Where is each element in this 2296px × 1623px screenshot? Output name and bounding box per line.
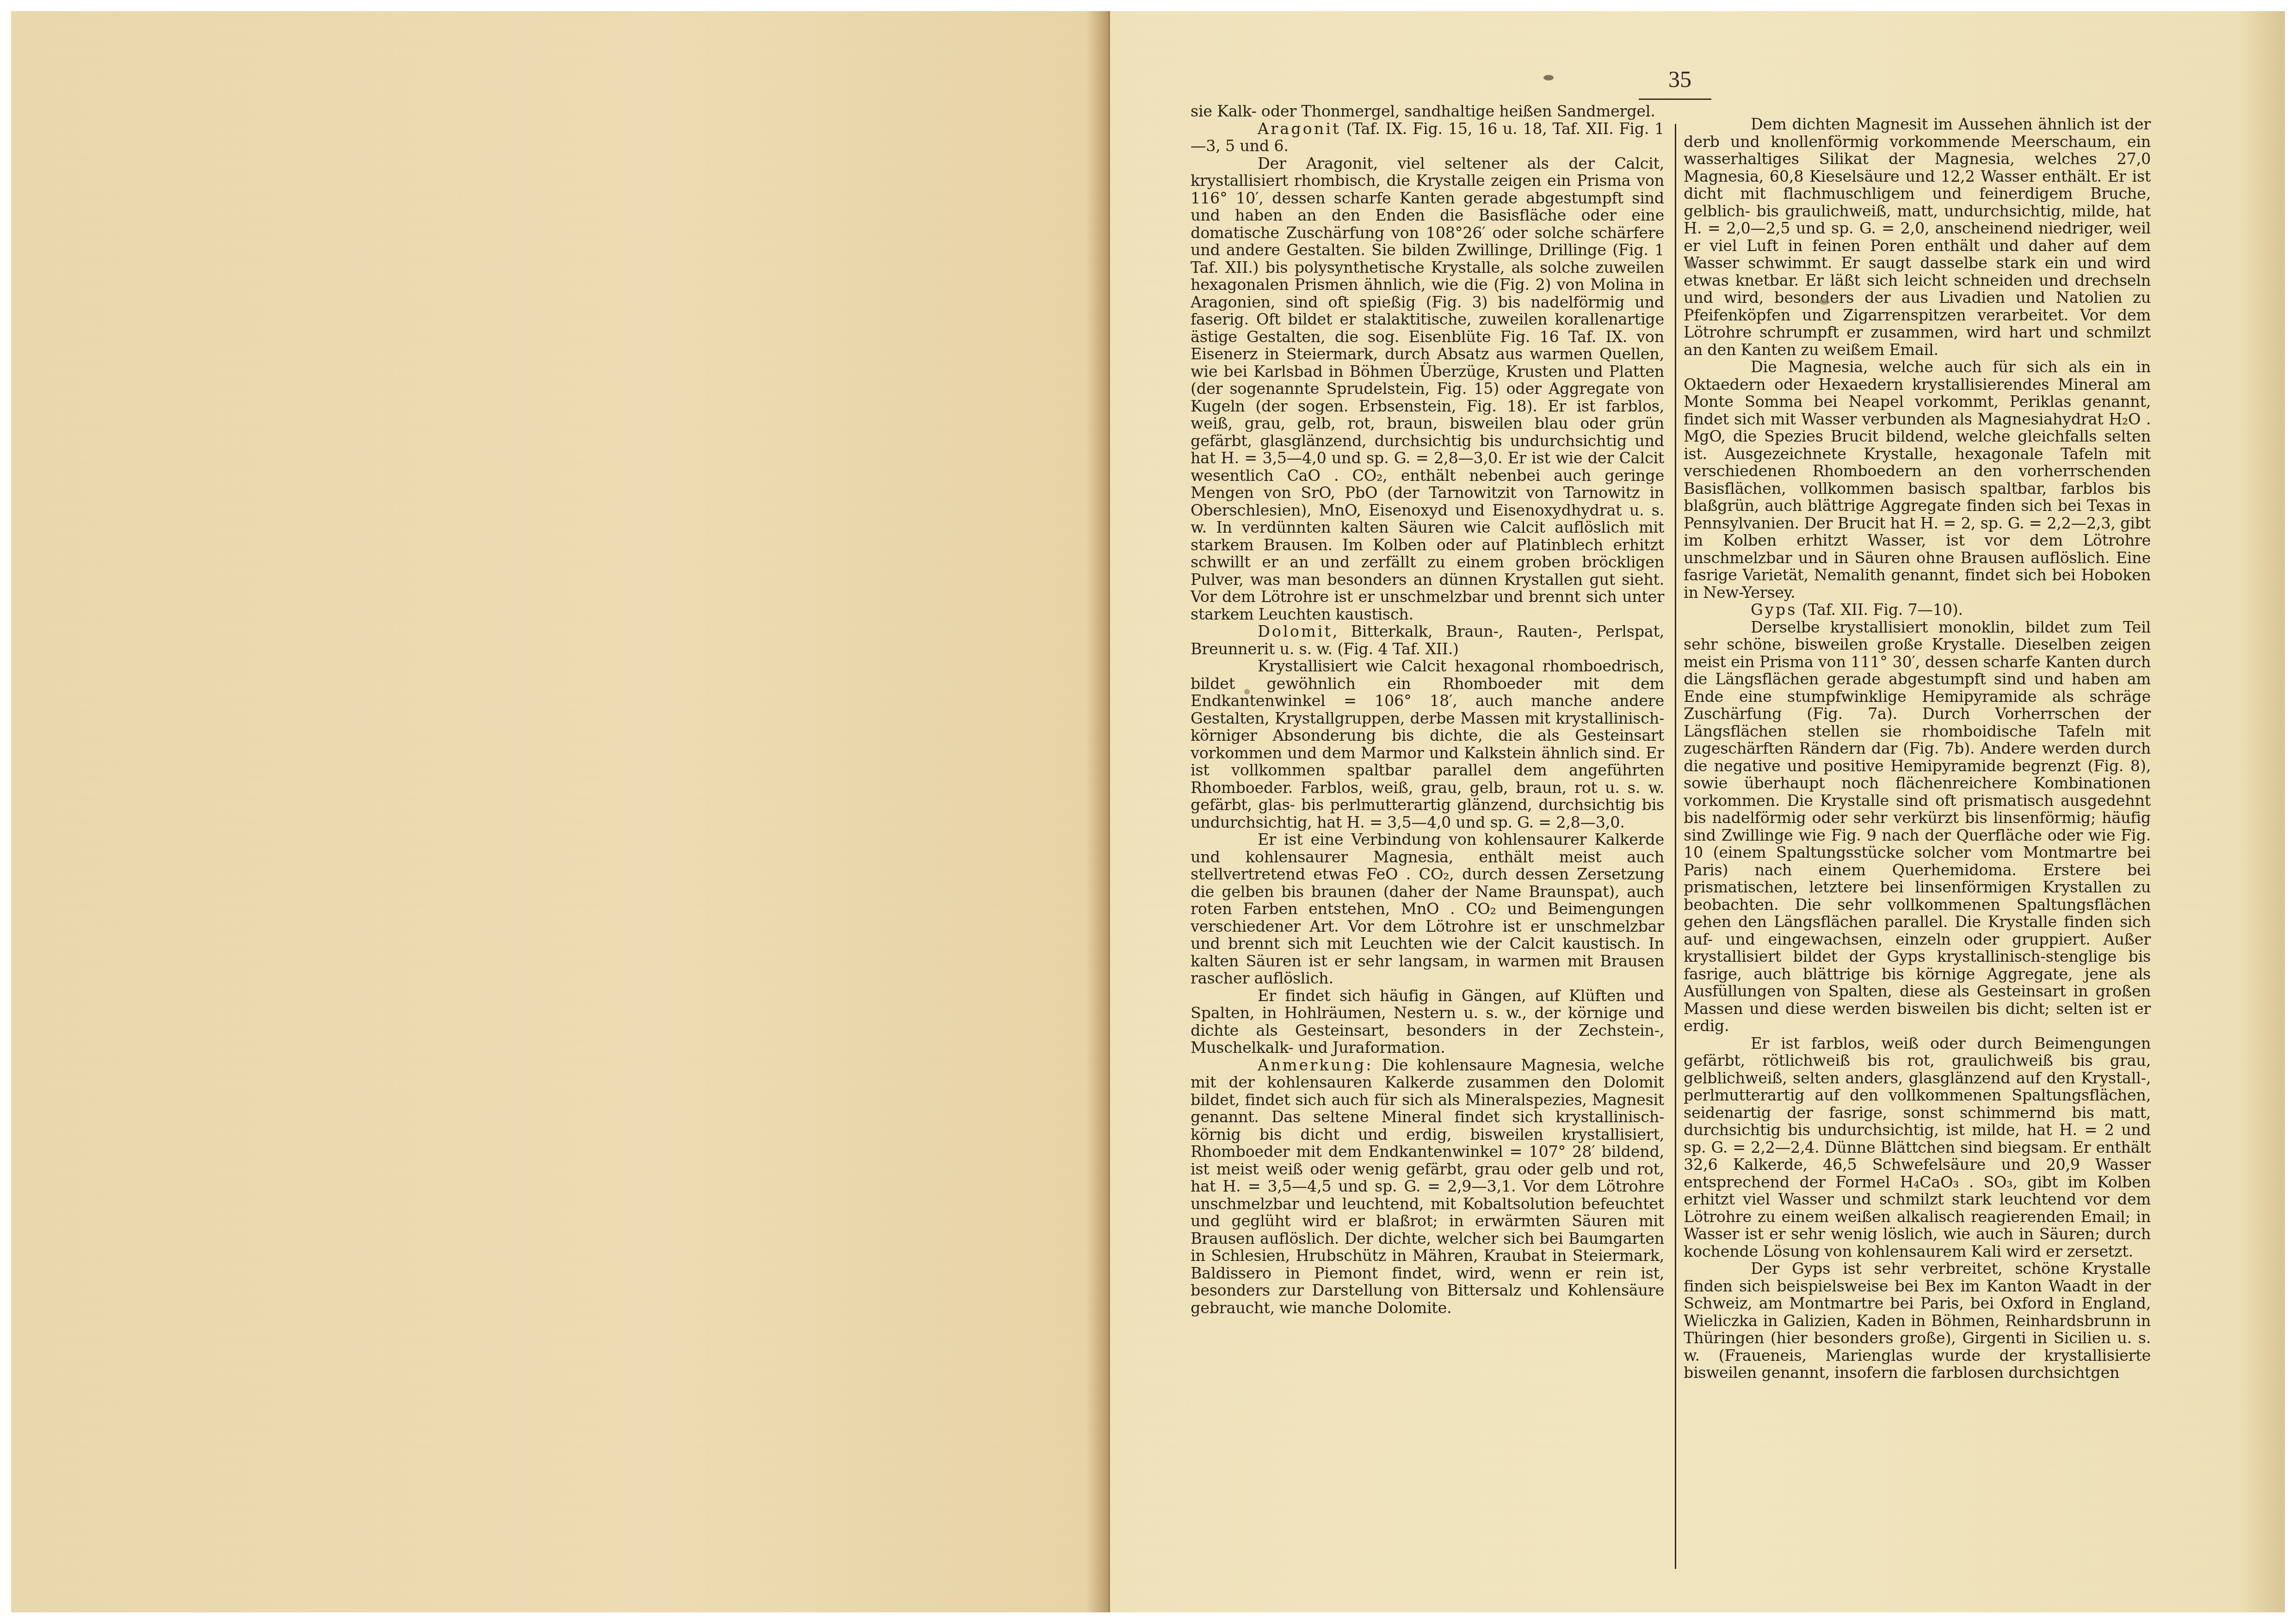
note-text: Die kohlensaure Magnesia, welche mit der…: [1191, 1056, 1664, 1317]
continuation-paragraph: sie Kalk- oder Thonmergel, sandhaltige h…: [1191, 103, 1664, 120]
body-paragraph: Der Gyps ist sehr verbreitet, schöne Kry…: [1684, 1260, 2151, 1382]
paper-blemish: [1244, 689, 1250, 695]
mineral-name: Aragonit: [1258, 120, 1341, 138]
text-column-left: sie Kalk- oder Thonmergel, sandhaltige h…: [1191, 103, 1664, 1316]
body-paragraph: Die Magnesia, welche auch für sich als e…: [1684, 358, 2151, 601]
body-paragraph: Krystallisiert wie Calcit hexagonal rhom…: [1191, 658, 1664, 831]
figure-reference: (Taf. XII. Fig. 7—10).: [1802, 601, 1963, 619]
mineral-name: Gyps: [1751, 601, 1797, 619]
paper-blemish: [1819, 298, 1829, 305]
column-divider: [1675, 124, 1676, 1569]
page-number: 35: [1648, 66, 1712, 92]
body-paragraph: Der Aragonit, viel seltener als der Calc…: [1191, 155, 1664, 623]
text-column-right: Dem dichten Magnesit im Aussehen ähnlich…: [1684, 116, 2151, 1382]
header-rule: [1639, 98, 1711, 100]
body-paragraph: Derselbe krystallisiert monoklin, bildet…: [1684, 619, 2151, 1035]
body-paragraph: Er ist farblos, weiß oder durch Beimengu…: [1684, 1035, 2151, 1260]
note-paragraph: Anmerkung: Die kohlensaure Magnesia, wel…: [1191, 1057, 1664, 1317]
ink-smudge: [1543, 75, 1554, 80]
section-heading-dolomit: Dolomit, Bitterkalk, Braun-, Rauten-, Pe…: [1191, 623, 1664, 658]
body-paragraph: Er findet sich häufig in Gängen, auf Klü…: [1191, 987, 1664, 1057]
paper-blemish: [1687, 259, 1694, 269]
note-label: Anmerkung:: [1258, 1056, 1373, 1074]
section-heading-aragonit: Aragonit (Taf. IX. Fig. 15, 16 u. 18, Ta…: [1191, 120, 1664, 155]
mineral-name: Dolomit: [1258, 622, 1333, 640]
body-paragraph: Er ist eine Verbindung von kohlensaurer …: [1191, 831, 1664, 987]
body-paragraph: Dem dichten Magnesit im Aussehen ähnlich…: [1684, 116, 2151, 358]
section-heading-gyps: Gyps (Taf. XII. Fig. 7—10).: [1684, 601, 2151, 619]
left-page-blank: [11, 11, 1108, 1612]
